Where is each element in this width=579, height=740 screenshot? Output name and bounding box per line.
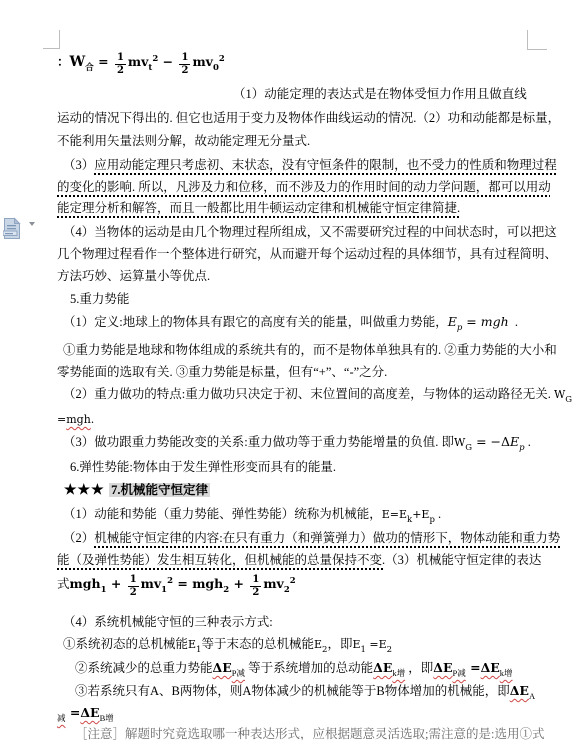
text-run: ，即 bbox=[327, 637, 352, 651]
text-run: ΔE bbox=[80, 705, 99, 720]
doc-line: 能定理分析和解答，而且一般都比用牛顿运动定律和机械能守恒定律简捷. bbox=[57, 199, 460, 218]
text-run: + bbox=[107, 576, 126, 591]
text-run: W bbox=[454, 436, 465, 449]
text-run: . bbox=[91, 413, 95, 426]
text-run: +E bbox=[412, 508, 429, 521]
doc-line: 零势能面的选取有关. ③重力势能是标量，但有“+”、“-”之分. bbox=[57, 363, 387, 382]
text-run: = mgh bbox=[462, 314, 508, 329]
text-run: E bbox=[314, 638, 322, 651]
doc-line: （1）动能定理的表达式是在物体受恒力作用且做直线 bbox=[233, 85, 527, 104]
doc-line: （2）机械能守恒定律的内容:在只有重力（和弹簧弹力）做功的情形下，物体动能和重力… bbox=[63, 529, 560, 548]
text-run: W bbox=[70, 54, 86, 70]
doc-line: 式mgh1 + 12mv12 = mgh2 + 12mv22 bbox=[57, 572, 296, 600]
fraction: 12 bbox=[250, 575, 261, 598]
text-run: 0 bbox=[213, 63, 219, 73]
text-run: = bbox=[57, 413, 66, 426]
text-run: . bbox=[525, 435, 531, 449]
paste-options-button[interactable] bbox=[2, 216, 40, 244]
text-run: mv bbox=[263, 576, 284, 591]
doc-line: 方法巧妙、运算量小等优点. bbox=[57, 267, 210, 286]
text-run: . bbox=[509, 315, 518, 329]
doc-line: ①重力势能是地球和物体组成的系统共有的，而不是物体单独具有的. ②重力势能的大小… bbox=[63, 341, 557, 360]
text-run: 2 bbox=[290, 576, 296, 586]
text-run: ，即 bbox=[405, 661, 433, 675]
text-run: 2 bbox=[387, 645, 392, 655]
text-run: A bbox=[529, 691, 535, 701]
text-run: 6.弹性势能:物体由于发生弹性形变而具有的能量. bbox=[70, 460, 336, 474]
text-run: 1 bbox=[161, 585, 167, 595]
text-run: E bbox=[379, 638, 387, 651]
text-run: ΔE bbox=[213, 660, 232, 675]
doc-line: （1）动能和势能（重力势能、弹性势能）统称为机械能，E=Ek+Ep . bbox=[63, 505, 441, 530]
text-run: − bbox=[158, 54, 177, 69]
text-run: 减 bbox=[57, 713, 66, 723]
text-run: P减 bbox=[232, 668, 245, 678]
text-run: k增 bbox=[392, 668, 405, 678]
text-run: 零势能面的选取有关. ③重力势能是标量，但有“+”、“-”之分. bbox=[57, 365, 387, 379]
text-run: （3）机械能守恒定律的表达 bbox=[385, 553, 541, 567]
text-run: E bbox=[188, 638, 196, 651]
text-run: 合 bbox=[85, 62, 94, 72]
text-run: ［注意］解题时究竟选取哪一种表达形式，应根据题意灵活选取;需注意的是:选用①式 bbox=[75, 727, 544, 740]
text-run: （2） bbox=[63, 531, 94, 545]
doc-line: ：W合 = 12mvt2 − 12mv02 bbox=[57, 50, 225, 78]
doc-line: ①系统初态的总机械能E1等于末态的总机械能E2，即E1 =E2 bbox=[63, 635, 392, 660]
doc-line: 不能利用矢量法则分解，故动能定理无分量式. bbox=[57, 132, 310, 151]
text-run: ΔE bbox=[373, 660, 392, 675]
fraction: 12 bbox=[179, 53, 190, 76]
text-run: = bbox=[94, 54, 113, 69]
doc-line: 6.弹性势能:物体由于发生弹性形变而具有的能量. bbox=[70, 458, 336, 477]
doc-line: =mgh. bbox=[57, 410, 94, 429]
margin-corner-topright-mark bbox=[527, 30, 547, 50]
doc-line: （4）系统机械能守恒的三种表示方式: bbox=[63, 613, 273, 632]
text-run: + bbox=[229, 576, 248, 591]
text-run: ： bbox=[57, 55, 70, 69]
doc-line: 能（及弹性势能）发生相互转化，但机械能的总量保持不变.（3）机械能守恒定律的表达 bbox=[57, 551, 541, 570]
text-run: （1）动能定理的表达式是在物体受恒力作用且做直线 bbox=[233, 87, 527, 101]
text-run: = bbox=[366, 638, 379, 651]
text-run: E bbox=[448, 314, 457, 329]
text-run: E bbox=[510, 434, 519, 449]
text-run: 的变化的影响. 所以，凡涉及力和位移，而不涉及力的作用时间的动力学问题，都可以用… bbox=[57, 180, 551, 194]
text-run: P减 bbox=[453, 668, 466, 678]
text-run: mgh bbox=[192, 576, 223, 591]
doc-line: ③若系统只有A、B两物体，则A物体减少的机械能等于B物体增加的机械能，即ΔEA bbox=[75, 681, 535, 706]
fraction: 12 bbox=[115, 53, 126, 76]
dropdown-arrow-icon[interactable] bbox=[28, 226, 37, 232]
doc-line: （4）当物体的运动是由几个物理过程所组成，又不需要研究过程的中间状态时，可以把这 bbox=[63, 223, 557, 242]
doc-line: ［注意］解题时究竟选取哪一种表达形式，应根据题意灵活选取;需注意的是:选用①式 bbox=[75, 725, 544, 740]
text-run: （2）重力做功的特点:重力做功只决定于初、末位置间的高度差，与物体的运动路径无关… bbox=[63, 387, 554, 401]
text-run: 能定理分析和解答，而且一般都比用牛顿运动定律和机械能守恒定律简捷. bbox=[57, 201, 460, 215]
text-run: 能（及弹性势能）发生相互转化，但机械能的总量保持不变. bbox=[57, 553, 385, 567]
text-run: 机械能守恒定律的内容:在只有重力（和弹簧弹力）做功的情形下，物体动能和重力势 bbox=[94, 531, 560, 545]
text-run: 5.重力势能 bbox=[70, 292, 129, 306]
text-run: （3）做功跟重力势能改变的关系:重力做功等于重力势能增量的负值. 即 bbox=[63, 435, 454, 449]
doc-line: （3）做功跟重力势能改变的关系:重力做功等于重力势能增量的负值. 即WG = −… bbox=[63, 432, 531, 458]
text-run: = −Δ bbox=[472, 434, 510, 449]
text-run: 7.机械能守恒定律 bbox=[109, 483, 210, 497]
text-run: （1）动能和势能（重力势能、弹性势能）统称为机械能， bbox=[63, 507, 382, 521]
text-run: 方法巧妙、运算量小等优点. bbox=[57, 269, 210, 283]
text-run: G bbox=[565, 395, 572, 405]
doc-line: （3）应用动能定理只考虑初、末状态，没有守恒条件的限制，也不受力的性质和物理过程 bbox=[63, 156, 557, 175]
text-run: B增 bbox=[100, 713, 114, 723]
text-run: ΔE bbox=[433, 660, 452, 675]
doc-line: ②系统减少的总重力势能ΔEP减 等于系统增加的总动能ΔEk增 ，即ΔEP减 =Δ… bbox=[75, 658, 513, 683]
text-run: 应用动能定理只考虑初、末状态，没有守恒条件的限制，也不受力的性质和物理过程 bbox=[94, 158, 557, 172]
doc-line: 运动的情况下得出的. 但它也适用于变力及物体作曲线运动的情况.（2）功和动能都是… bbox=[57, 109, 560, 128]
text-run: （3） bbox=[63, 158, 94, 172]
text-run: mv bbox=[192, 54, 213, 69]
text-run: = bbox=[173, 576, 192, 591]
text-run: 2 bbox=[284, 585, 290, 595]
text-run: （4）当物体的运动是由几个物理过程所组成，又不需要研究过程的中间状态时，可以把这 bbox=[63, 225, 557, 239]
text-run: 几个物理过程看作一个整体进行研究，从而避开每个运动过程的具体细节，具有过程简明、 bbox=[57, 247, 557, 261]
text-run: ★★★ bbox=[64, 483, 109, 498]
text-run: 等于末态的总机械能 bbox=[201, 637, 314, 651]
text-run: ②系统减少的总重力势能 bbox=[75, 661, 213, 675]
text-run: = bbox=[466, 660, 481, 675]
margin-corner-topleft-mark bbox=[43, 30, 60, 49]
text-run: W bbox=[554, 388, 565, 401]
text-run: k增 bbox=[500, 668, 513, 678]
text-run: （1）定义:地球上的物体具有跟它的高度有关的能量，叫做重力势能， bbox=[63, 315, 448, 329]
paste-options-clipboard-icon[interactable] bbox=[3, 217, 22, 245]
text-run: mv bbox=[141, 576, 162, 591]
doc-line: 5.重力势能 bbox=[70, 290, 129, 309]
text-run: ③若系统只有A、B两物体，则A物体减少的机械能等于B物体增加的机械能，即 bbox=[75, 684, 510, 698]
fraction: 12 bbox=[128, 575, 139, 598]
text-run: ΔE bbox=[510, 683, 529, 698]
text-run: mv bbox=[128, 54, 149, 69]
text-run: 不能利用矢量法则分解，故动能定理无分量式. bbox=[57, 134, 310, 148]
text-run: t bbox=[148, 63, 152, 73]
doc-line: （2）重力做功的特点:重力做功只决定于初、末位置间的高度差，与物体的运动路径无关… bbox=[63, 385, 572, 410]
text-run: ①重力势能是地球和物体组成的系统共有的，而不是物体单独具有的. ②重力势能的大小… bbox=[63, 343, 557, 357]
text-run: 运动的情况下得出的. 但它也适用于变力及物体作曲线运动的情况.（2）功和动能都是… bbox=[57, 111, 560, 125]
doc-line: 几个物理过程看作一个整体进行研究，从而避开每个运动过程的具体细节，具有过程简明、 bbox=[57, 245, 557, 264]
text-run: mgh bbox=[66, 413, 91, 426]
text-run: （4）系统机械能守恒的三种表示方式: bbox=[63, 615, 273, 629]
text-run: mgh bbox=[70, 576, 101, 591]
doc-line: ★★★ 7.机械能守恒定律 bbox=[64, 481, 210, 500]
doc-line: 的变化的影响. 所以，凡涉及力和位移，而不涉及力的作用时间的动力学问题，都可以用… bbox=[57, 178, 551, 197]
text-run: = bbox=[66, 705, 81, 720]
text-run: ①系统初态的总机械能 bbox=[63, 637, 188, 651]
doc-line: （1）定义:地球上的物体具有跟它的高度有关的能量，叫做重力势能，Ep = mgh… bbox=[63, 312, 518, 338]
text-run: . bbox=[435, 507, 441, 521]
text-run: E=E bbox=[382, 508, 407, 521]
text-run: 2 bbox=[219, 54, 225, 64]
text-run: ΔE bbox=[481, 660, 500, 675]
text-run: 式 bbox=[57, 577, 70, 591]
text-run: 等于系统增加的总动能 bbox=[245, 661, 373, 675]
document-page: ：W合 = 12mvt2 − 12mv02（1）动能定理的表达式是在物体受恒力作… bbox=[0, 0, 579, 740]
